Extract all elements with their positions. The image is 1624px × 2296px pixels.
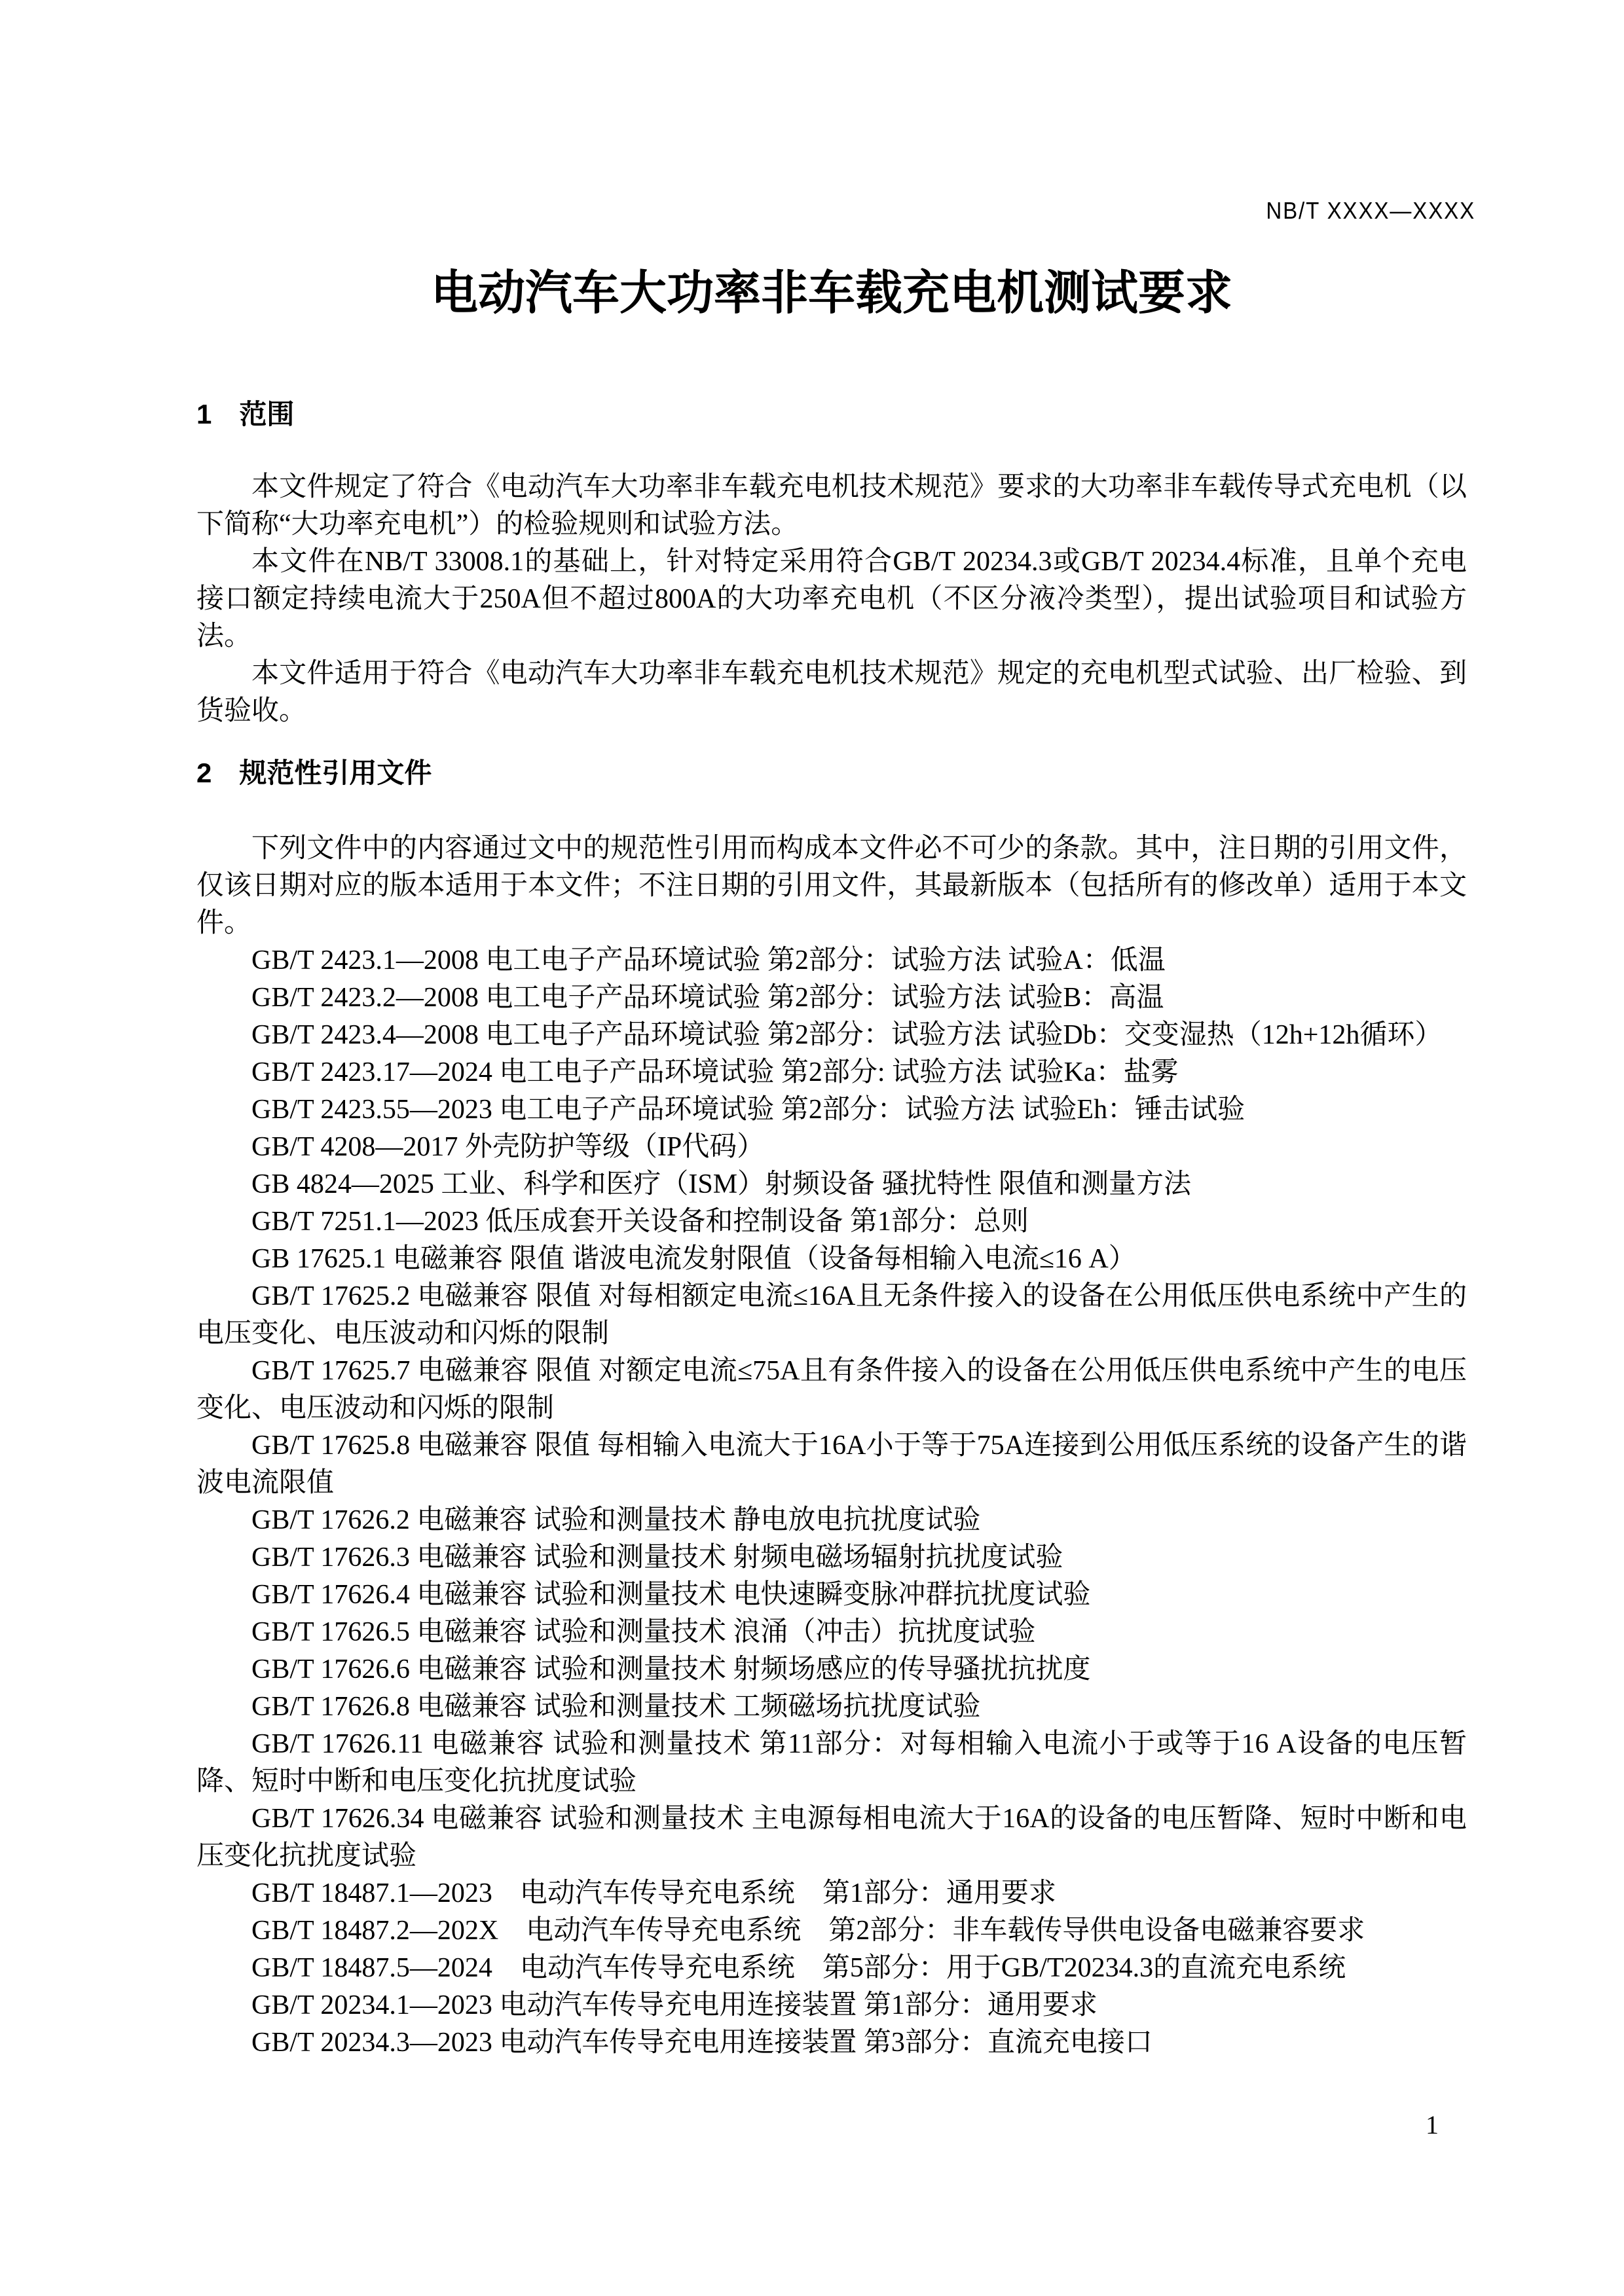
reference-entry: GB/T 17625.7 电磁兼容 限值 对额定电流≤75A且有条件接入的设备在…: [196, 1353, 1467, 1427]
reference-entry: GB/T 17625.8 电磁兼容 限值 每相输入电流大于16A小于等于75A连…: [196, 1427, 1467, 1502]
reference-entry: GB/T 17626.6 电磁兼容 试验和测量技术 射频场感应的传导骚扰抗扰度: [196, 1651, 1467, 1688]
document-title: 电动汽车大功率非车载充电机测试要求: [196, 267, 1467, 319]
section-2-title: 规范性引用文件: [239, 757, 432, 788]
reference-entry: GB/T 18487.2—202X 电动汽车传导充电系统 第2部分：非车载传导供…: [196, 1912, 1467, 1950]
section-1-heading: 1范围: [196, 395, 1467, 433]
document-page: NB/T XXXX—XXXX 电动汽车大功率非车载充电机测试要求 1范围 本文件…: [0, 0, 1624, 2296]
section-1-title: 范围: [239, 399, 294, 429]
page-number: 1: [196, 2106, 1439, 2143]
reference-entry: GB/T 17626.5 电磁兼容 试验和测量技术 浪涌（冲击）抗扰度试验: [196, 1614, 1467, 1651]
section-1-paragraph: 本文件在NB/T 33008.1的基础上，针对特定采用符合GB/T 20234.…: [196, 543, 1467, 655]
reference-entry: GB/T 17626.4 电磁兼容 试验和测量技术 电快速瞬变脉冲群抗扰度试验: [196, 1576, 1467, 1614]
reference-entry: GB/T 17626.3 电磁兼容 试验和测量技术 射频电磁场辐射抗扰度试验: [196, 1539, 1467, 1576]
standard-code-header: NB/T XXXX—XXXX: [299, 196, 1475, 225]
reference-entry: GB/T 20234.1—2023 电动汽车传导充电用连接装置 第1部分：通用要…: [196, 1987, 1467, 2024]
reference-entry: GB/T 4208—2017 外壳防护等级（IP代码）: [196, 1129, 1467, 1166]
reference-entry: GB 17625.1 电磁兼容 限值 谐波电流发射限值（设备每相输入电流≤16 …: [196, 1241, 1467, 1278]
reference-entry: GB/T 7251.1—2023 低压成套开关设备和控制设备 第1部分：总则: [196, 1203, 1467, 1241]
reference-entry: GB/T 17626.11 电磁兼容 试验和测量技术 第11部分：对每相输入电流…: [196, 1726, 1467, 1800]
section-2-number: 2: [196, 754, 212, 792]
section-2-body: 下列文件中的内容通过文中的规范性引用而构成本文件必不可少的条款。其中，注日期的引…: [196, 830, 1467, 2062]
section-1-paragraph: 本文件规定了符合《电动汽车大功率非车载充电机技术规范》要求的大功率非车载传导式充…: [196, 469, 1467, 543]
section-1-number: 1: [196, 395, 212, 433]
reference-entry: GB/T 17625.2 电磁兼容 限值 对每相额定电流≤16A且无条件接入的设…: [196, 1278, 1467, 1353]
section-2-intro-paragraph: 下列文件中的内容通过文中的规范性引用而构成本文件必不可少的条款。其中，注日期的引…: [196, 830, 1467, 942]
reference-entry: GB/T 20234.3—2023 电动汽车传导充电用连接装置 第3部分：直流充…: [196, 2024, 1467, 2062]
reference-entry: GB/T 2423.17—2024 电工电子产品环境试验 第2部分: 试验方法 …: [196, 1054, 1467, 1091]
reference-entry: GB 4824—2025 工业、科学和医疗（ISM）射频设备 骚扰特性 限值和测…: [196, 1166, 1467, 1203]
reference-entry: GB/T 18487.5—2024 电动汽车传导充电系统 第5部分：用于GB/T…: [196, 1950, 1467, 1987]
reference-entry: GB/T 2423.55—2023 电工电子产品环境试验 第2部分：试验方法 试…: [196, 1091, 1467, 1129]
reference-entry: GB/T 2423.1—2008 电工电子产品环境试验 第2部分：试验方法 试验…: [196, 942, 1467, 979]
section-2-heading: 2规范性引用文件: [196, 754, 1467, 792]
section-1-body: 本文件规定了符合《电动汽车大功率非车载充电机技术规范》要求的大功率非车载传导式充…: [196, 469, 1467, 730]
reference-entry: GB/T 2423.2—2008 电工电子产品环境试验 第2部分：试验方法 试验…: [196, 979, 1467, 1017]
reference-entry: GB/T 17626.2 电磁兼容 试验和测量技术 静电放电抗扰度试验: [196, 1502, 1467, 1539]
section-1-paragraph: 本文件适用于符合《电动汽车大功率非车载充电机技术规范》规定的充电机型式试验、出厂…: [196, 655, 1467, 730]
reference-entry: GB/T 18487.1—2023 电动汽车传导充电系统 第1部分：通用要求: [196, 1875, 1467, 1912]
reference-entry: GB/T 17626.8 电磁兼容 试验和测量技术 工频磁场抗扰度试验: [196, 1688, 1467, 1726]
reference-entry: GB/T 17626.34 电磁兼容 试验和测量技术 主电源每相电流大于16A的…: [196, 1800, 1467, 1875]
reference-entry: GB/T 2423.4—2008 电工电子产品环境试验 第2部分：试验方法 试验…: [196, 1017, 1467, 1054]
